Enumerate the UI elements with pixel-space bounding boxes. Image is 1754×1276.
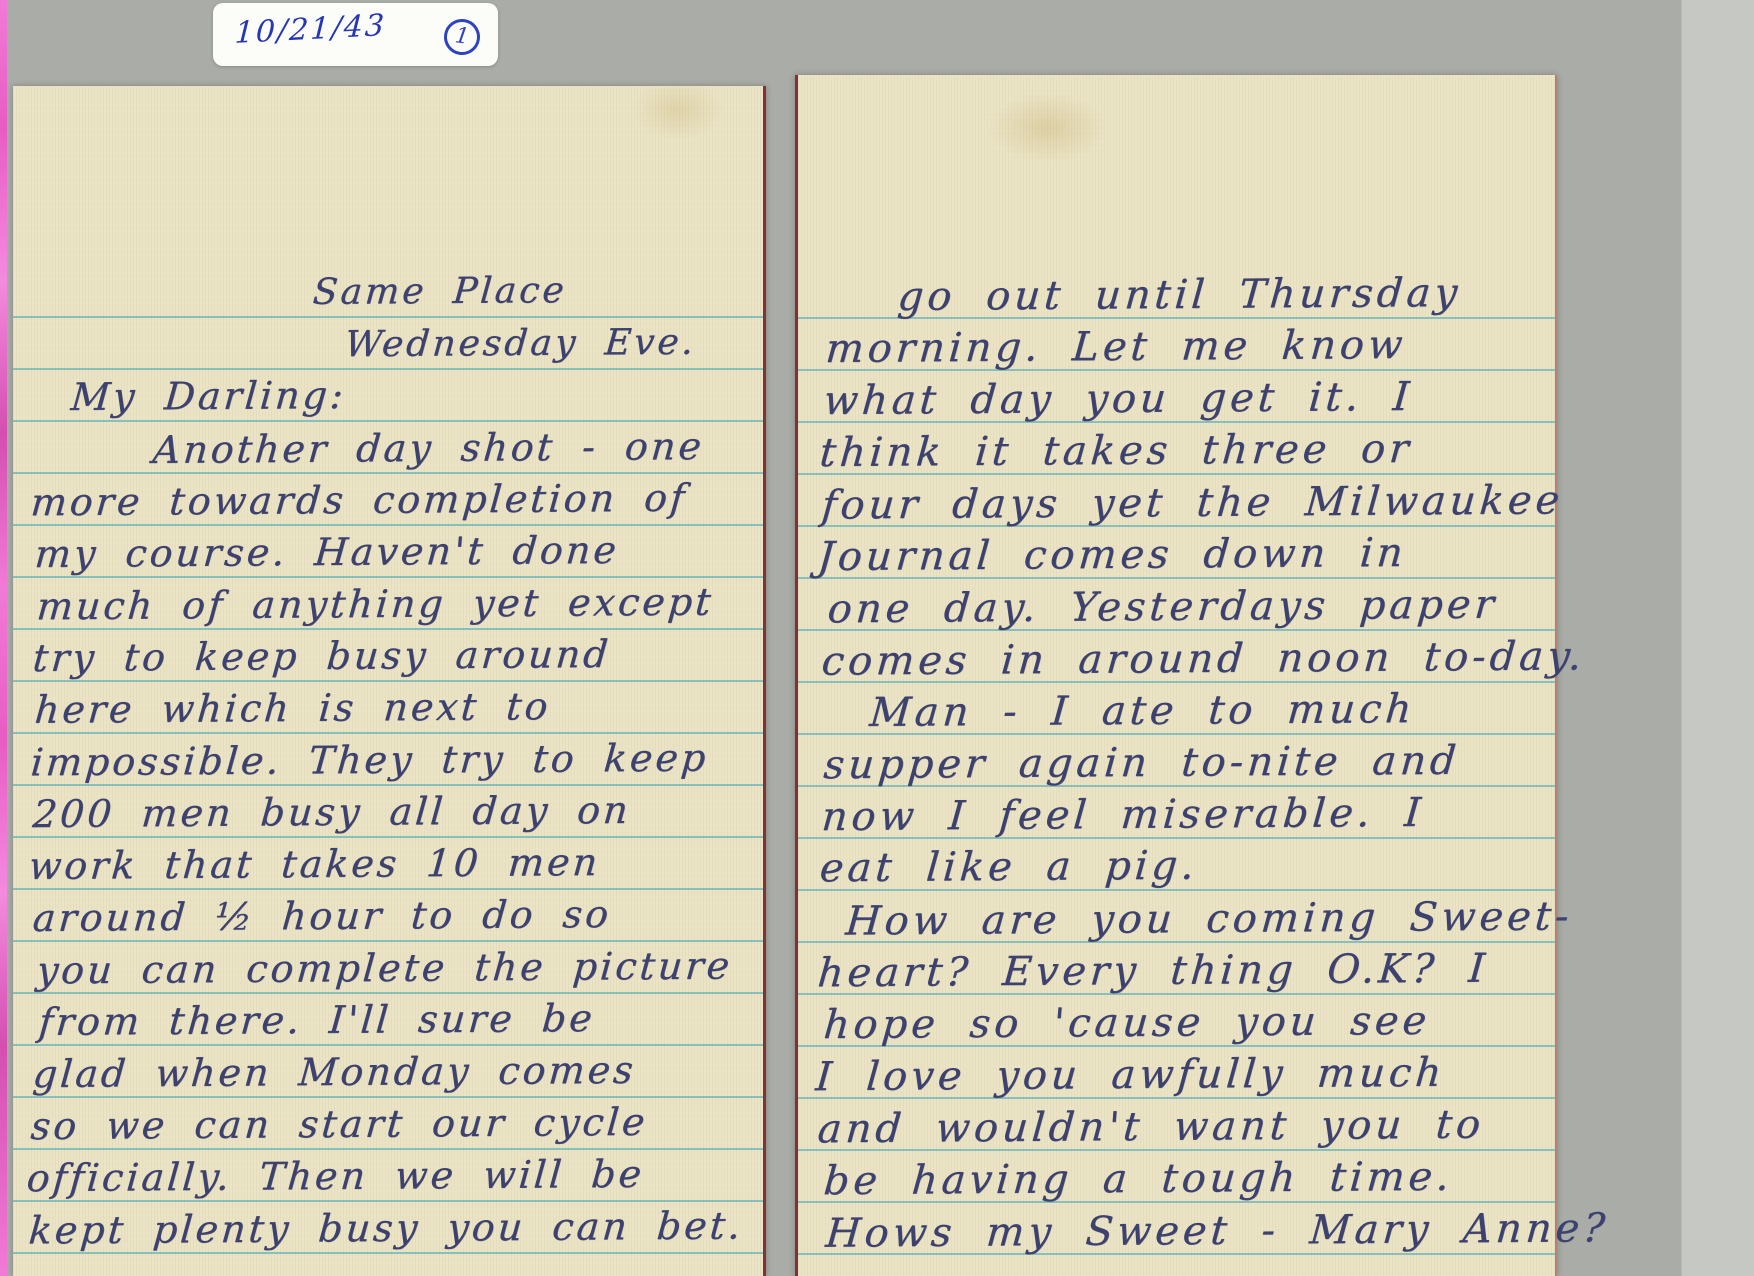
handwritten-line: comes in around noon to-day.	[820, 634, 1587, 683]
handwritten-line: hope so 'cause you see	[822, 999, 1432, 1047]
handwritten-line: be having a tough time.	[822, 1155, 1455, 1203]
handwritten-line: what day you get it. I	[822, 375, 1415, 423]
handwritten-line: Hows my Sweet - Mary Anne?	[824, 1206, 1610, 1255]
handwritten-line: so we can start our cycle	[29, 1102, 649, 1148]
paper-stain	[988, 93, 1108, 163]
scan-edge-pink-artifact	[0, 0, 7, 1276]
handwritten-line: kept plenty busy you can bet.	[27, 1206, 745, 1253]
handwritten-line: my course. Haven't done	[33, 530, 620, 576]
handwritten-line: now I feel miserable. I	[820, 791, 1426, 839]
handwritten-line: Journal comes down in	[816, 531, 1408, 579]
archive-label: 10/21/43 1	[213, 3, 498, 66]
handwritten-line: work that takes 10 men	[27, 842, 602, 888]
handwritten-line: impossible. They try to keep	[29, 738, 710, 785]
paper-stain	[633, 80, 723, 140]
label-date: 10/21/43	[234, 11, 387, 49]
handwritten-line: officially. Then we will be	[25, 1154, 646, 1200]
handwritten-line: and wouldn't want you to	[816, 1103, 1486, 1152]
handwritten-line: eat like a pig.	[818, 844, 1200, 891]
scanner-bed-strip	[1681, 0, 1754, 1276]
handwritten-line: try to keep busy around	[31, 634, 612, 680]
letter-place-line: Same Place	[311, 271, 568, 312]
handwritten-line: go out until Thursday	[896, 271, 1463, 319]
handwritten-line: much of anything yet except	[35, 582, 715, 629]
handwritten-line: Man - I ate to much	[868, 687, 1417, 735]
handwritten-line: you can complete the picture	[35, 946, 734, 993]
letter-salutation: My Darling:	[69, 375, 347, 419]
handwritten-line: morning. Let me know	[824, 323, 1408, 371]
handwritten-line: Another day shot - one	[151, 426, 705, 472]
handwritten-line: from there. I'll sure be	[37, 998, 596, 1044]
handwritten-line: I love you awfully much	[814, 1051, 1447, 1099]
handwritten-line: four days yet the Milwaukee	[820, 478, 1565, 527]
scanned-letter: Same Place Wednesday Eve. My Darling: An…	[0, 0, 1754, 1276]
handwritten-line: glad when Monday comes	[31, 1050, 637, 1096]
handwritten-line: 200 men busy all day on	[31, 790, 632, 836]
letter-date-line: Wednesday Eve.	[343, 323, 697, 365]
handwritten-line: here which is next to	[33, 686, 552, 731]
handwritten-line: heart? Every thing O.K? I	[816, 947, 1490, 996]
handwritten-line: How are you coming Sweet-	[844, 894, 1574, 943]
handwritten-line: more towards completion of	[29, 478, 689, 524]
label-page-number: 1	[442, 17, 483, 58]
handwritten-line: one day. Yesterdays paper	[826, 583, 1499, 632]
handwritten-line: think it takes three or	[818, 427, 1414, 475]
handwritten-line: supper again to-nite and	[822, 739, 1461, 787]
letter-page-2: go out until Thursdaymorning. Let me kno…	[795, 75, 1557, 1276]
handwritten-line: around ½ hour to do so	[31, 894, 613, 940]
letter-page-1: Same Place Wednesday Eve. My Darling: An…	[13, 86, 766, 1276]
